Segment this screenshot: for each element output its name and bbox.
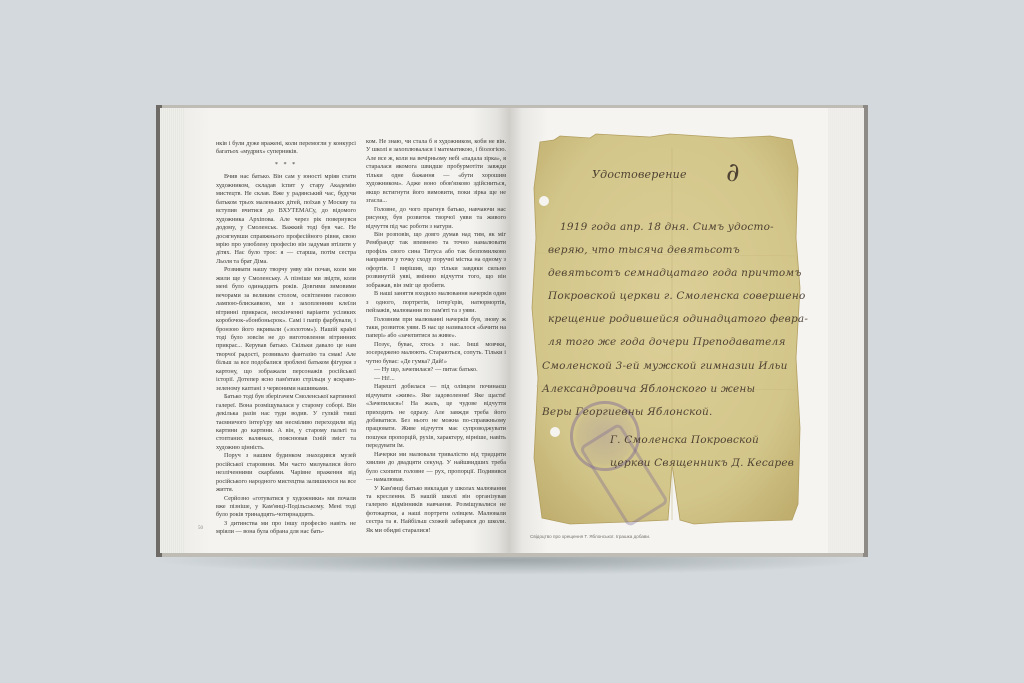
intro-paragraph: нків і були дуже вражені, коли перемогли… — [216, 140, 356, 157]
paragraph: З дитинства ми про іншу професію навіть … — [216, 520, 356, 537]
paragraph: Головним при малюванні начерків був, зно… — [366, 316, 506, 341]
paragraph: Серйозно «готуватися у художники» ми поч… — [216, 495, 356, 520]
page-number: 50 — [198, 526, 203, 531]
baptism-certificate-photo: Удостоверение ∂ 1919 года апр. 18 дня. С… — [530, 128, 804, 528]
paragraph: Начерки ми малювали тривалістю від тридц… — [366, 451, 506, 485]
document-line: Веры Георгиевны Яблонской. — [542, 406, 713, 418]
signature-line: Г. Смоленска Покровской — [610, 434, 759, 446]
document-line: веряю, что тысяча девятьсотъ — [548, 244, 740, 256]
paragraph: Розвивати нашу творчу уяву він почав, ко… — [216, 266, 356, 393]
document-line: Покровской церкви г. Смоленска совершено — [548, 290, 805, 302]
page-stack-left — [160, 108, 186, 553]
document-title: Удостоверение — [592, 168, 687, 181]
text-column-1: нків і були дуже вражені, коли перемогли… — [216, 140, 356, 537]
paragraph: Батько тоді був зберігачем Смоленської к… — [216, 393, 356, 452]
document-line: 1919 года апр. 18 дня. Симъ удосто- — [560, 221, 774, 233]
open-book: нків і були дуже вражені, коли перемогли… — [156, 105, 868, 557]
dialogue-line: — Ну що, зачепилася? — питає батько. — [366, 366, 506, 374]
paragraph: В наші заняття входило малювання начеркі… — [366, 290, 506, 315]
section-separator: * * * — [216, 161, 356, 169]
right-page: Удостоверение ∂ 1919 года апр. 18 дня. С… — [510, 108, 828, 553]
handwritten-mark: ∂ — [726, 158, 740, 188]
document-line: Смоленской 3-ей мужской гимназии Ильи — [542, 360, 788, 372]
document-line: крещение родившейся одинадцатого февра- — [548, 313, 808, 325]
paragraph: Він розповів, що довго думав над тим, як… — [366, 231, 506, 290]
text-column-2: ком. Не знаю, чи стала б я художником, к… — [366, 138, 506, 535]
dialogue-line: — Ні!... — [366, 375, 506, 383]
page-stack-right — [828, 108, 864, 553]
paragraph: ком. Не знаю, чи стала б я художником, к… — [366, 138, 506, 206]
document-line: девятьсотъ семнадцатаго года причтомъ — [548, 267, 802, 279]
left-page: нків і були дуже вражені, коли перемогли… — [184, 108, 510, 553]
document-line: Александровича Яблонского и жены — [542, 383, 755, 395]
paragraph: Позує, буває, хтось з нас. Інші мовчки, … — [366, 341, 506, 366]
paragraph: Поруч з нашим будинком знаходився музей … — [216, 452, 356, 494]
document-line: ля того же года дочери Преподавателя — [548, 336, 786, 348]
photo-caption: Свідоцтво про хрещення Т. Яблонської. Іг… — [530, 534, 650, 539]
signature-line: церкви Священникъ Д. Кесарев — [610, 457, 794, 469]
paragraph: У Кам'янці батько викладав у школах малю… — [366, 485, 506, 536]
paragraph: Головне, до чого прагнув батько, навчаюч… — [366, 206, 506, 231]
paragraph: Вчив нас батько. Він сам у юності мріяв … — [216, 173, 356, 266]
paragraph: Нарешті добилася — під олівцем починаєш … — [366, 383, 506, 451]
